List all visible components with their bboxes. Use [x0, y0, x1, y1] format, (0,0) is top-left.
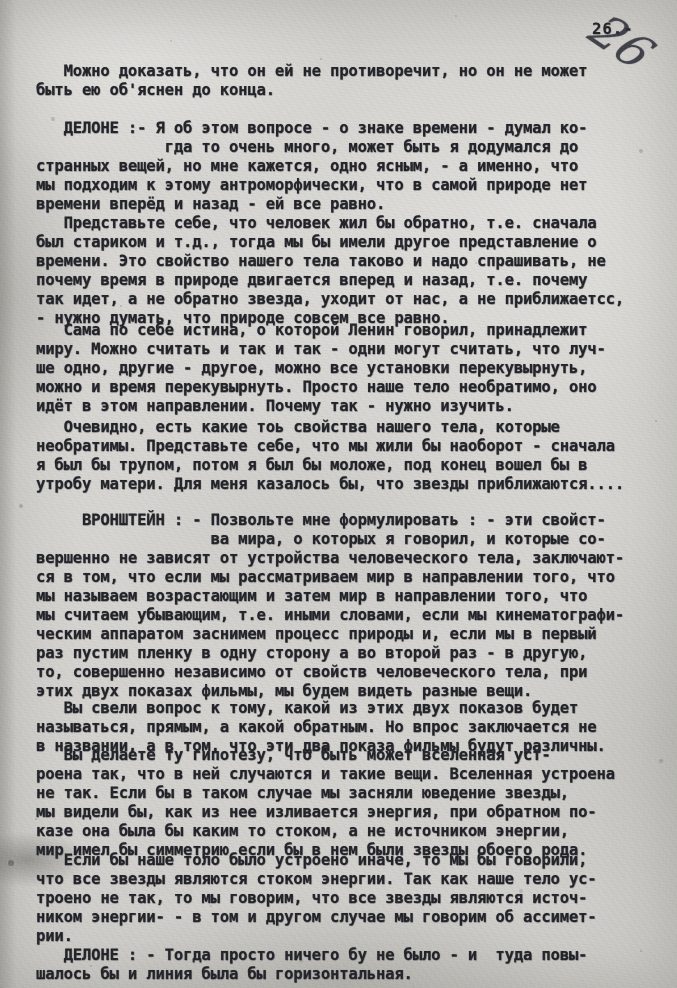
paper-specks	[0, 0, 2, 2]
paragraph-vronshteyn-4: Если бы наше толо было устроено иначе, т…	[36, 851, 596, 946]
paragraph-intro: Можно доказать, что он ей не противоречи…	[36, 62, 587, 100]
paragraph-delone-2: Представьте себе, что человек жил бы обр…	[36, 214, 624, 328]
paragraph-delone-4: Очевидно, есть какие тоь свойства нашего…	[36, 418, 624, 494]
paragraph-delone-1: ДЕЛОНЕ :- Я об этом вопросе - о знаке вр…	[36, 119, 587, 214]
scanned-typescript-page: 26.- 26 Можно доказать, что он ей не про…	[0, 0, 677, 988]
paragraph-vronshteyn-1: ВРОНШТЕЙН : - Позвольте мне формулироват…	[36, 511, 624, 701]
paragraph-delone-closing: ДЕЛОНЕ : - Тогда просто ничего бу не был…	[36, 946, 587, 984]
page-number-handwritten: 26	[577, 6, 665, 80]
paragraph-vronshteyn-3: Вы делаете ту гипотезу, что быть может в…	[36, 746, 615, 860]
paragraph-delone-3: Сама по себе истина, о которой Ленин гов…	[36, 321, 606, 416]
